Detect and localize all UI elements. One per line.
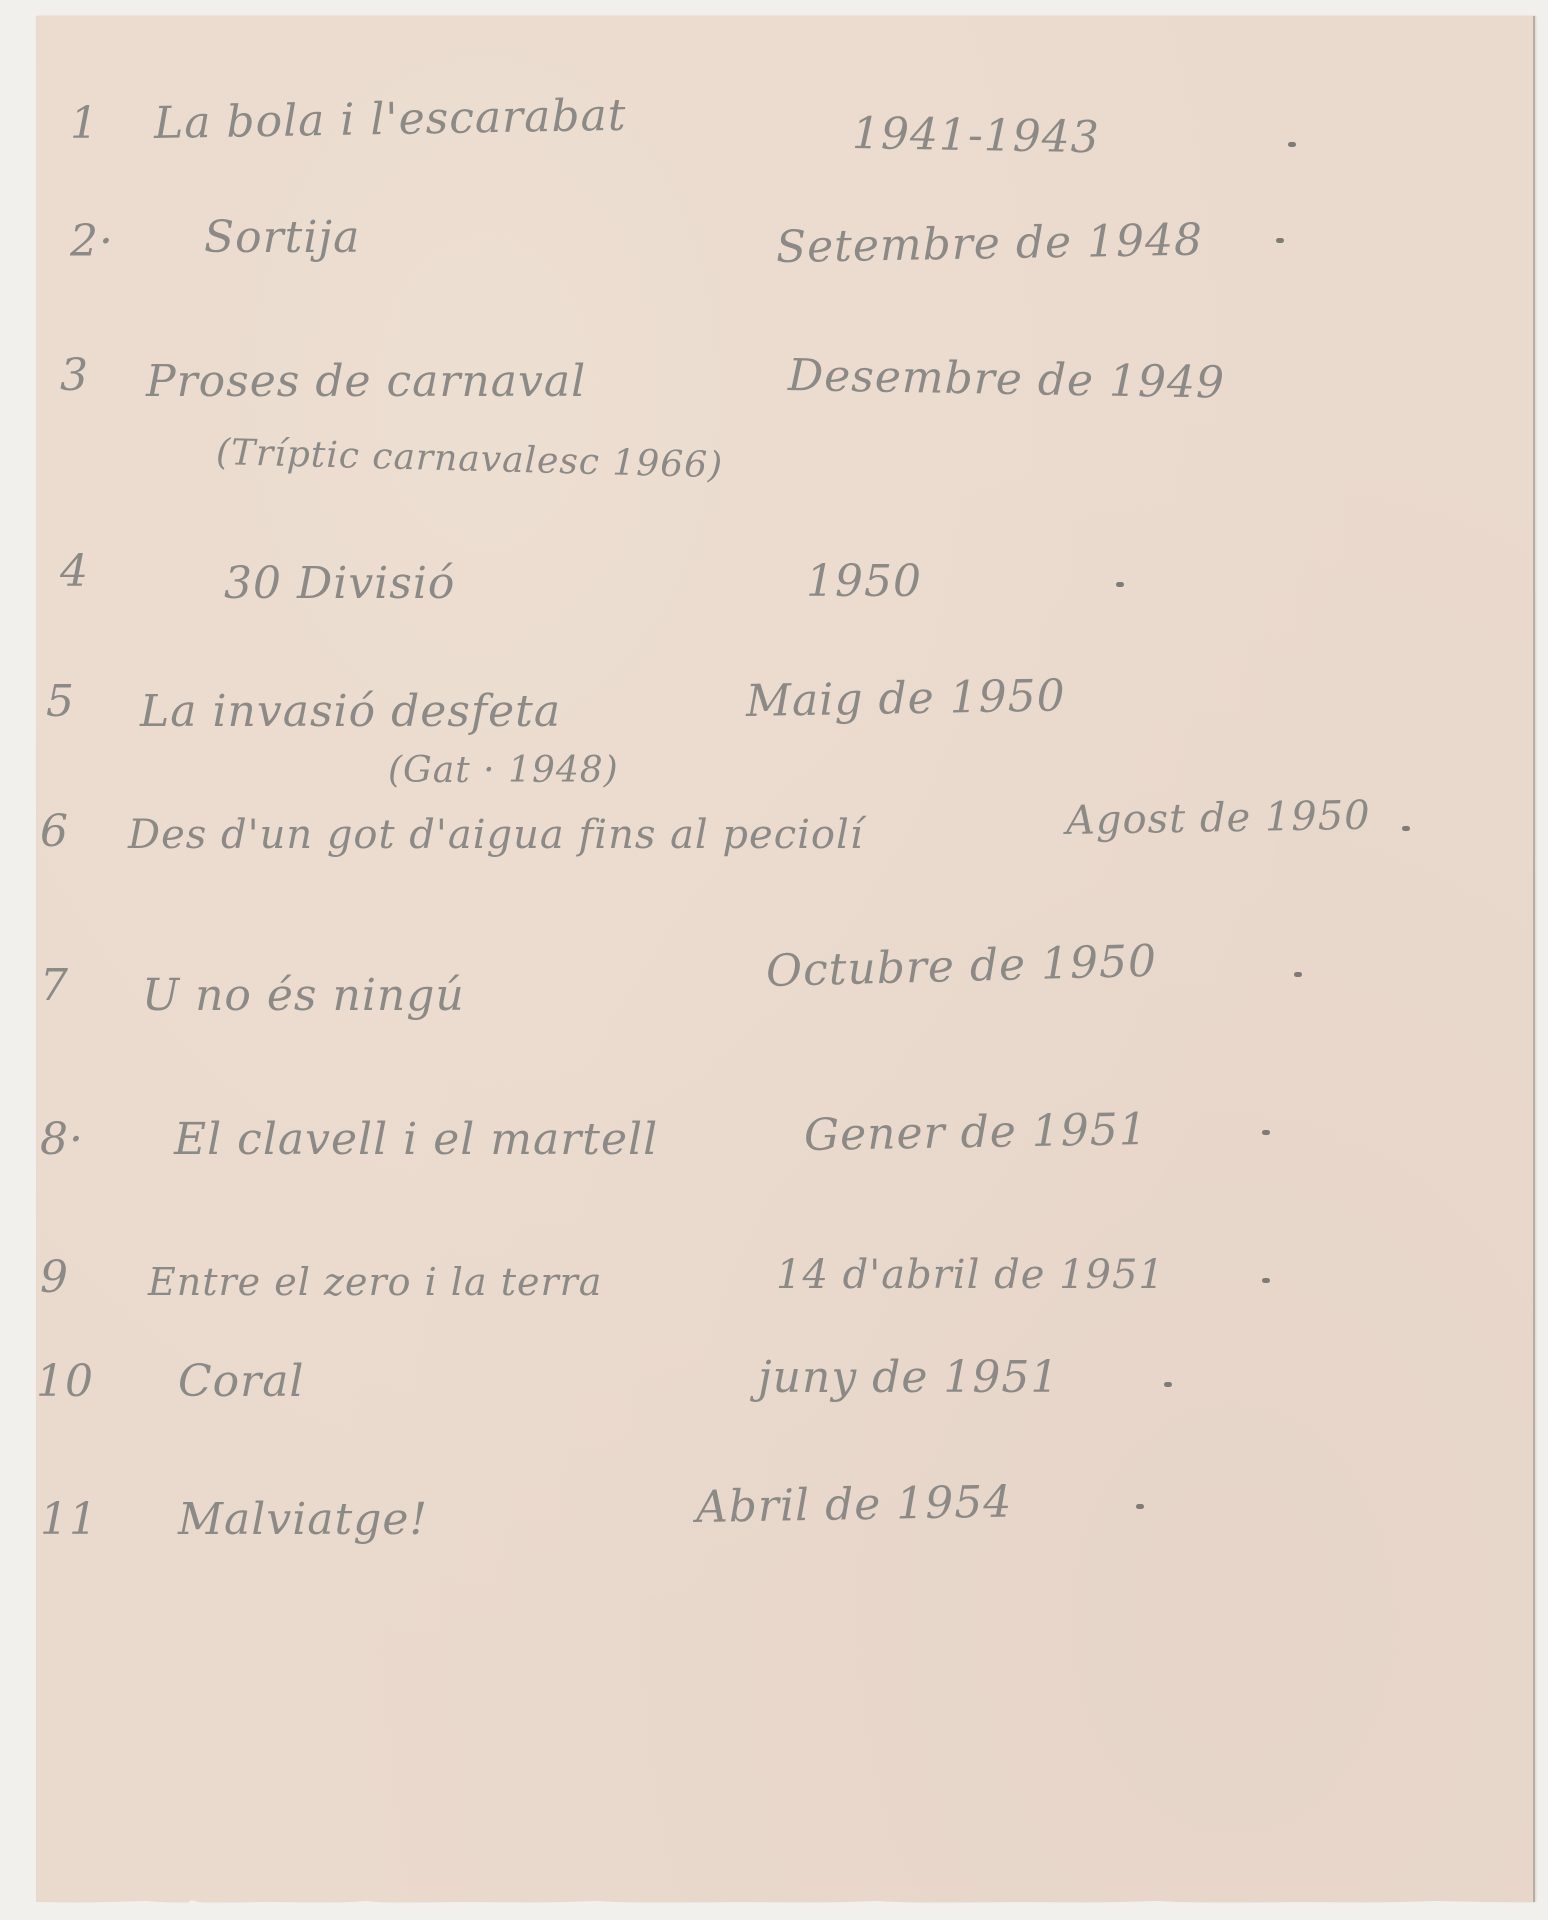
check-mark-icon [1136, 1504, 1144, 1509]
entry-5-title: La invasió desfeta [140, 686, 561, 737]
entry-10-number: 10 [36, 1356, 94, 1407]
entry-6-number: 6 [40, 806, 69, 857]
entry-4-date: 1950 [806, 556, 922, 607]
entry-2-title: Sortija [204, 212, 360, 263]
entry-2-number: 2· [70, 216, 114, 267]
entry-7-title: U no és ningú [142, 970, 465, 1021]
entry-1-title: La bola i l'escarabat [154, 90, 627, 149]
entry-5-date: Maig de 1950 [746, 670, 1067, 727]
entry-3-note: (Tríptic carnavalesc 1966) [215, 432, 723, 486]
torn-paper-edge [36, 1898, 1533, 1908]
entry-3-date: Desembre de 1949 [788, 350, 1226, 409]
entry-3-number: 3 [60, 350, 89, 401]
check-mark-icon [1116, 582, 1124, 587]
entry-11-number: 11 [40, 1494, 98, 1545]
entry-4-number: 4 [60, 546, 89, 597]
check-mark-icon [1164, 1382, 1172, 1387]
entry-7-number: 7 [40, 960, 69, 1011]
entry-6-date: Agost de 1950 [1066, 793, 1371, 844]
entry-8-date: Gener de 1951 [804, 1104, 1149, 1161]
entry-6-title: Des d'un got d'aigua fins al peciolí [128, 812, 864, 858]
entry-9-title: Entre el zero i la terra [148, 1260, 602, 1304]
entry-11-title: Malviatge! [178, 1494, 428, 1545]
entry-7-date: Octubre de 1950 [765, 936, 1157, 997]
check-mark-icon [1262, 1130, 1270, 1135]
entry-4-title: 30 Divisió [224, 558, 455, 609]
entry-3-title: Proses de carnaval [146, 356, 586, 407]
entry-8-number: 8· [40, 1114, 84, 1165]
entry-11-date: Abril de 1954 [696, 1476, 1013, 1533]
check-mark-icon [1288, 142, 1296, 147]
entry-9-number: 9 [40, 1252, 69, 1303]
check-mark-icon [1402, 826, 1410, 831]
entry-2-date: Setembre de 1948 [776, 215, 1204, 273]
paper-sheet: 1 La bola i l'escarabat 1941-1943 2· Sor… [36, 16, 1535, 1902]
check-mark-icon [1276, 238, 1284, 243]
check-mark-icon [1294, 972, 1302, 977]
entry-1-date: 1941-1943 [852, 108, 1101, 163]
entry-5-note: (Gat · 1948) [388, 750, 619, 791]
entry-5-number: 5 [46, 676, 75, 727]
entry-10-date: juny de 1951 [758, 1352, 1059, 1403]
entry-9-date: 14 d'abril de 1951 [776, 1252, 1165, 1298]
entry-1-number: 1 [70, 98, 99, 149]
entry-10-title: Coral [178, 1356, 305, 1407]
entry-8-title: El clavell i el martell [174, 1114, 658, 1165]
check-mark-icon [1262, 1278, 1270, 1283]
